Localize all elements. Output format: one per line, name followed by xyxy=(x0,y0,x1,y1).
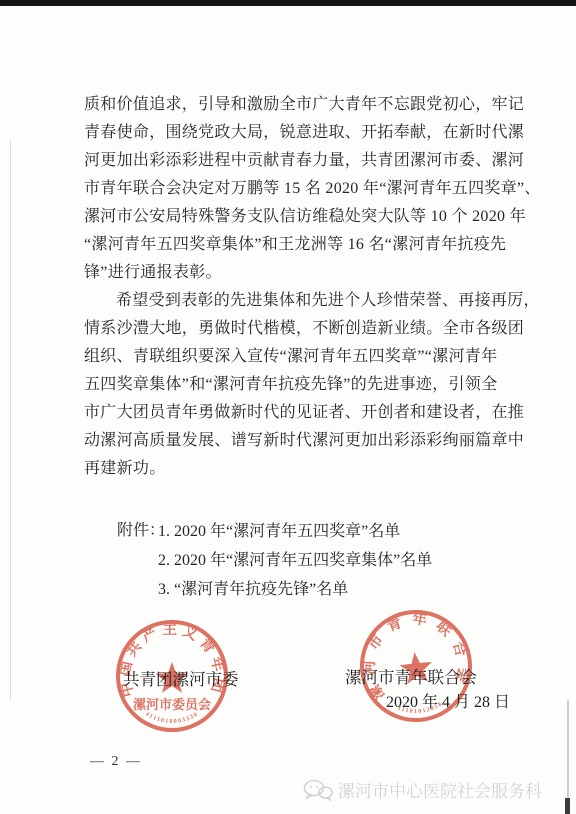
scan-edge-smudge xyxy=(567,700,569,800)
attachment-item: 2. 2020 年“漯河青年五四奖章集体”名单 xyxy=(158,546,432,575)
watermark: 漯河市中心医院社会服务科 xyxy=(303,777,542,802)
scan-edge-top xyxy=(0,0,576,6)
body-line: 质和价值追求，引导和激励全市广大青年不忘跟党初心，牢记 xyxy=(84,91,516,119)
svg-text:4111010003330: 4111010003330 xyxy=(144,711,200,725)
scan-edge-mark xyxy=(565,798,570,814)
signature-left-org: 共青团漯河市委 xyxy=(123,666,239,690)
attachment-item: 1. 2020 年“漯河青年五四奖章”名单 xyxy=(158,517,432,546)
attachments-list: 1. 2020 年“漯河青年五四奖章”名单 2. 2020 年“漯河青年五四奖章… xyxy=(158,517,432,604)
document-body: 质和价值追求，引导和激励全市广大青年不忘跟党初心，牢记 青春使命，围绕党政大局，… xyxy=(84,91,516,483)
attachment-item: 3. “漯河青年抗疫先锋”名单 xyxy=(158,575,432,604)
body-line: 青春使命，围绕党政大局，锐意进取、开拓奉献，在新时代漯 xyxy=(84,119,516,147)
body-line: 再建新功。 xyxy=(84,455,516,483)
page-number: — 2 — xyxy=(90,754,142,770)
body-line: 锋”进行通报表彰。 xyxy=(84,259,516,287)
body-line: 情系沙澧大地，勇做时代楷模，不断创造新业绩。全市各级团 xyxy=(84,315,516,343)
body-line: “漯河青年五四奖章集体”和王龙洲等 16 名“漯河青年抗疫先 xyxy=(84,231,516,259)
body-line: 动漯河高质量发展、谱写新时代漯河更加出彩添彩绚丽篇章中 xyxy=(84,427,516,455)
watermark-text: 漯河市中心医院社会服务科 xyxy=(338,777,542,802)
wechat-icon xyxy=(303,779,333,801)
signature-right-org: 漯河市青年联合会 xyxy=(345,664,477,688)
body-line: 河更加出彩添彩进程中贡献青春力量，共青团漯河市委、漯河 xyxy=(84,147,516,175)
body-line: 五四奖章集体”和“漯河青年抗疫先锋”的先进事迹，引领全 xyxy=(84,371,516,399)
body-line: 希望受到表彰的先进集体和先进个人珍惜荣誉、再接再厉， xyxy=(84,287,516,315)
signature-date: 2020 年 4 月 28 日 xyxy=(386,689,510,712)
seal-inner-text: 漯河市委员会 xyxy=(133,697,211,712)
body-line: 市广大团员青年勇做新时代的见证者、开创者和建设者，在推 xyxy=(84,399,516,427)
seal-code: 4111010003330 xyxy=(144,711,200,725)
body-line: 组织、青联组织要深入宣传“漯河青年五四奖章”“漯河青年 xyxy=(84,343,516,371)
body-line: 漯河市公安局特殊警务支队信访维稳处突大队等 10 个 2020 年 xyxy=(84,203,516,231)
body-line: 市青年联合会决定对万鹏等 15 名 2020 年“漯河青年五四奖章”、 xyxy=(84,175,516,203)
scan-fold-line xyxy=(10,140,11,700)
